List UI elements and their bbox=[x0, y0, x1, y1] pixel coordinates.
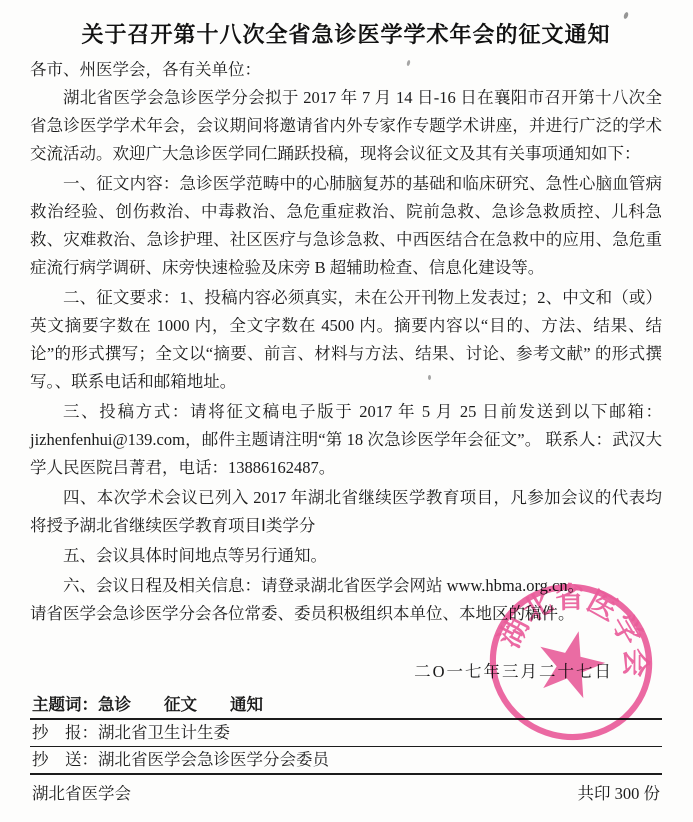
salutation: 各市、州医学会，各有关单位： bbox=[30, 56, 662, 84]
document-page: 关于召开第十八次全省急诊医学学术年会的征文通知 各市、州医学会，各有关单位： 湖… bbox=[0, 0, 693, 822]
scan-speck bbox=[623, 12, 629, 20]
intro-paragraph: 湖北省医学会急诊医学分会拟于 2017 年 7 月 14 日-16 日在襄阳市召… bbox=[30, 84, 662, 168]
section-6-conference-website: 六、会议日程及相关信息：请登录湖北省医学会网站 www.hbma.org.cn。 bbox=[30, 572, 662, 600]
copy-send-row: 抄 送：湖北省医学会急诊医学分会委员 bbox=[30, 747, 662, 775]
section-1-submission-topics: 一、征文内容：急诊医学范畴中的心肺脑复苏的基础和临床研究、急性心脑血管病救治经验… bbox=[30, 170, 662, 282]
section-5-time-place-notice: 五、会议具体时间地点等另行通知。 bbox=[30, 542, 662, 570]
copy-report-row: 抄 报：湖北省卫生计生委 bbox=[30, 720, 662, 747]
footer-block: 主题词：急诊 征文 通知 抄 报：湖北省卫生计生委 抄 送：湖北省医学会急诊医学… bbox=[30, 692, 662, 807]
date-line: 二О一七年三月二十七日 bbox=[30, 658, 662, 686]
section-2-submission-requirements: 二、征文要求：1、投稿内容必须真实，未在公开刊物上发表过；2、中文和（或）英文摘… bbox=[30, 284, 662, 396]
issuer-row: 湖北省医学会 共印 300 份 bbox=[30, 775, 662, 807]
closing-paragraph: 请省医学会急诊医学分会各位常委、委员积极组织本单位、本地区的稿件。 bbox=[30, 600, 662, 628]
print-count: 共印 300 份 bbox=[578, 782, 661, 805]
document-title: 关于召开第十八次全省急诊医学学术年会的征文通知 bbox=[30, 20, 662, 50]
issuer-name: 湖北省医学会 bbox=[32, 782, 131, 805]
section-3-submission-method: 三、投稿方式：请将征文稿电子版于 2017 年 5 月 25 日前发送到以下邮箱… bbox=[30, 398, 662, 482]
scan-speck bbox=[428, 375, 431, 380]
section-4-cme-credits: 四、本次学术会议已列入 2017 年湖北省继续医学教育项目，凡参加会议的代表均将… bbox=[30, 484, 662, 540]
subject-keywords-row: 主题词：急诊 征文 通知 bbox=[30, 692, 662, 720]
